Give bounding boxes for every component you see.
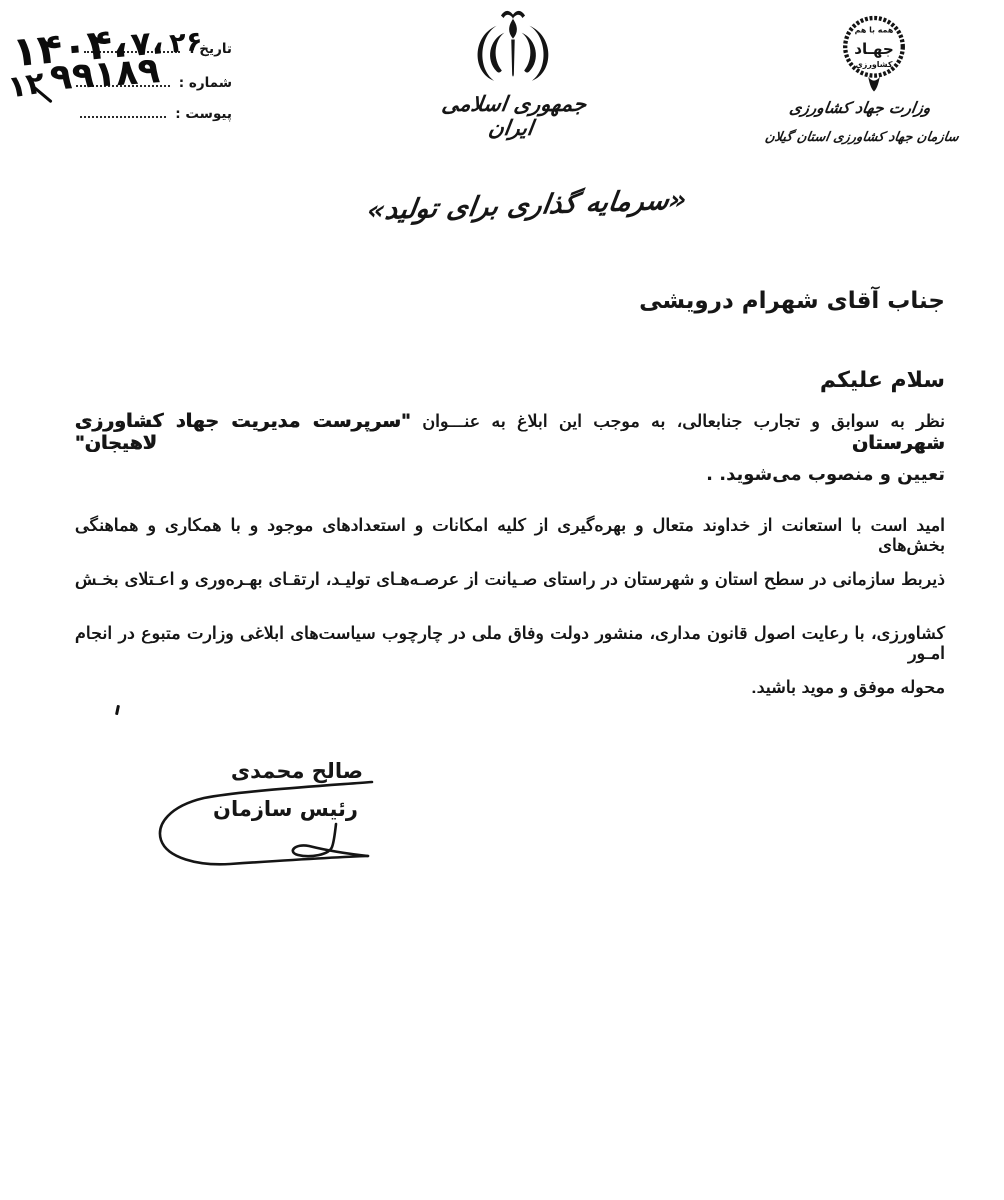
logo-text-center: جهـاد (854, 40, 893, 58)
ministry-name: وزارت جهاد کشاورزی (784, 99, 937, 117)
attachment-field: پیوست : (80, 103, 232, 122)
paragraph-line-3: کشاورزی، با رعایت اصول قانون مداری، منشو… (75, 624, 945, 664)
attachment-dotted-line (80, 106, 166, 118)
handwritten-signature-icon (140, 768, 520, 887)
national-emblem-block: جمهوری اسلامی ایران (420, 6, 605, 140)
addressee: جناب آقای شهرام درویشی (639, 288, 945, 314)
scan-artifact-mark (115, 705, 120, 715)
letter-page: تاریخ : شماره : پیوست : ۱۴۰۴، ۷، ۲۶ ۹۹۱۸… (0, 0, 1004, 1200)
handwritten-number-2: ۱۲ (5, 65, 47, 105)
logo-text-bottom: کشاورزی (856, 60, 893, 69)
slogan: «سرمایه گذاری برای تولید» (319, 183, 736, 228)
appointment-line: نظر به سوابق و تجارب جنابعالی، به موجب ا… (75, 410, 945, 454)
header-meta: تاریخ : شماره : پیوست : ۱۴۰۴، ۷، ۲۶ ۹۹۱۸… (0, 0, 250, 150)
attachment-label: پیوست : (175, 106, 232, 122)
jihad-keshavarzi-emblem-icon: همه با هم جهـاد کشاورزی (838, 12, 910, 100)
paragraph-line-4: محوله موفق و موید باشید. (75, 678, 945, 698)
handwritten-number: ۹۹۱۸۹ (49, 50, 161, 99)
appointment-line-pre: نظر به سوابق و تجارب جنابعالی، به موجب ا… (411, 412, 945, 432)
logo-text-top: همه با هم (855, 25, 894, 34)
organization-name: سازمان جهاد کشاورزی استان گیلان (764, 130, 936, 145)
country-name: جمهوری اسلامی ایران (417, 92, 609, 140)
paragraph-line-1: امید است با استعانت از خداوند متعال و به… (75, 516, 945, 556)
number-label: شماره : (179, 75, 232, 91)
appointment-line-2: تعیین و منصوب می‌شوید. . (706, 464, 945, 485)
handwritten-date-day: ۲۶ (168, 26, 204, 60)
paragraph-line-2: ذیربط سازمانی در سطح استان و شهرستان در … (75, 570, 945, 590)
salutation: سلام علیکم (820, 368, 945, 393)
